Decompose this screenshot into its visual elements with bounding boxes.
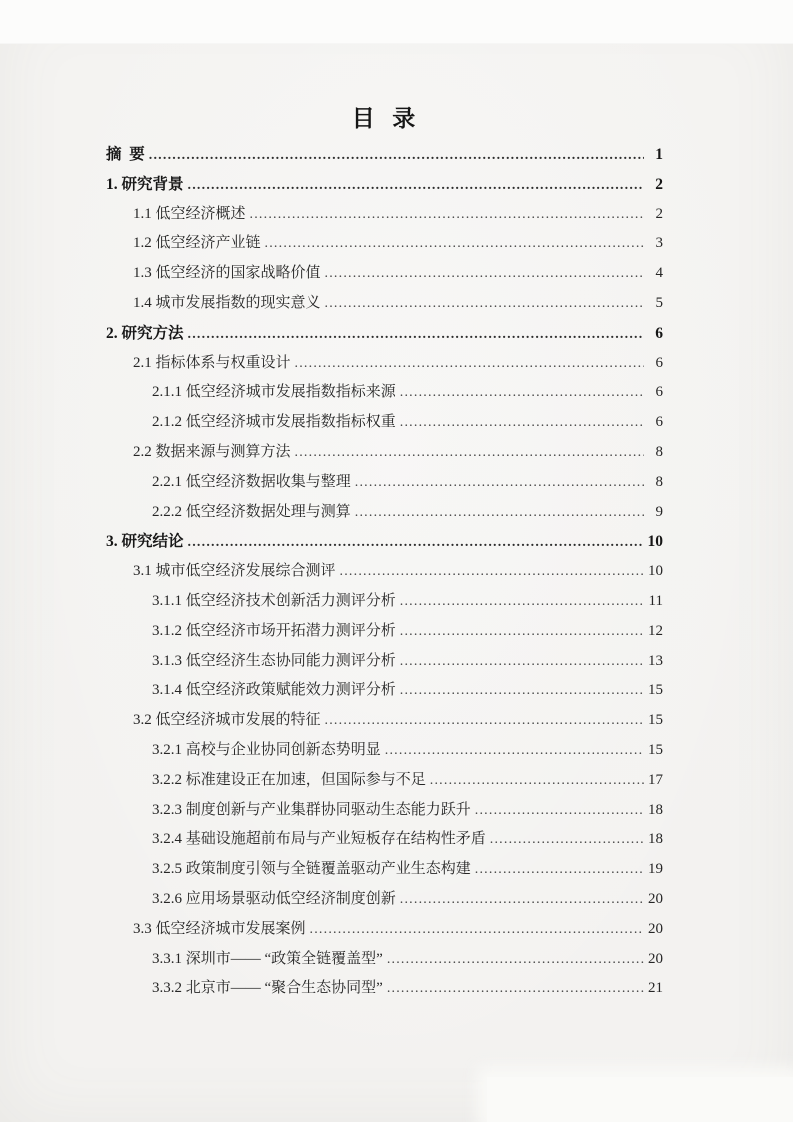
toc-entry: 3.2.4 基础设施超前布局与产业短板存在结构性矛盾18 <box>106 825 663 855</box>
toc-entry-label: 3. 研究结论 <box>106 527 184 557</box>
toc-entry: 1.1 低空经济概述2 <box>106 200 663 230</box>
toc-entry-label: 2.1.2 低空经济城市发展指数指标权重 <box>152 408 396 438</box>
toc-page-number: 15 <box>647 706 663 736</box>
toc-page-number: 6 <box>647 319 663 349</box>
toc-entry-label: 1. 研究背景 <box>106 170 184 200</box>
dot-leader <box>400 885 644 915</box>
toc-page-number: 19 <box>647 855 663 885</box>
dot-leader <box>325 706 644 736</box>
dot-leader <box>400 587 644 617</box>
toc-entry: 3.1 城市低空经济发展综合测评10 <box>106 557 663 587</box>
dot-leader <box>475 855 644 885</box>
toc-page-number: 21 <box>647 974 663 1004</box>
dot-leader <box>188 171 644 201</box>
page-title: 目 录 <box>106 100 663 133</box>
toc-entry: 3.1.3 低空经济生态协同能力测评分析13 <box>106 647 663 677</box>
toc-entry-label: 摘 要 <box>106 140 145 170</box>
dot-leader <box>310 915 644 945</box>
toc-entry: 1. 研究背景2 <box>106 170 663 200</box>
toc-entry-label: 2. 研究方法 <box>106 319 184 349</box>
toc-entry-label: 3.1 城市低空经济发展综合测评 <box>133 557 336 587</box>
dot-leader <box>265 229 644 259</box>
dot-leader <box>400 676 644 706</box>
toc-entry-label: 3.3.1 深圳市—— “政策全链覆盖型” <box>152 945 383 975</box>
toc-entry: 3.3 低空经济城市发展案例20 <box>106 915 663 945</box>
toc-page-number: 12 <box>647 617 663 647</box>
toc-entry-label: 2.2.2 低空经济数据处理与测算 <box>152 498 351 528</box>
toc-entry: 3. 研究结论10 <box>106 527 663 557</box>
toc-page-number: 15 <box>647 676 663 706</box>
dot-leader <box>400 647 644 677</box>
toc-entry: 2.1.2 低空经济城市发展指数指标权重6 <box>106 408 663 438</box>
dot-leader <box>385 736 644 766</box>
toc-page-number: 15 <box>647 736 663 766</box>
dot-leader <box>400 617 644 647</box>
toc-entry: 2.1 指标体系与权重设计6 <box>106 349 663 379</box>
toc-entry: 2. 研究方法6 <box>106 319 663 349</box>
scanned-toc-page: { "document": { "title": "目 录", "toc": [… <box>0 0 793 1122</box>
toc-page-number: 13 <box>647 647 663 677</box>
dot-leader <box>475 796 644 826</box>
dot-leader <box>295 438 644 468</box>
toc-entry: 2.2.2 低空经济数据处理与测算9 <box>106 498 663 528</box>
toc-entry: 3.3.2 北京市—— “聚合生态协同型”21 <box>106 974 663 1004</box>
toc-entry: 3.1.2 低空经济市场开拓潜力测评分析12 <box>106 617 663 647</box>
dot-leader <box>430 766 644 796</box>
dot-leader <box>355 468 644 498</box>
toc-entry-label: 3.3 低空经济城市发展案例 <box>133 915 306 945</box>
dot-leader <box>295 349 644 379</box>
toc-entry-label: 2.1 指标体系与权重设计 <box>133 349 291 379</box>
toc-entry: 2.2 数据来源与测算方法8 <box>106 438 663 468</box>
toc-entry-label: 3.2.5 政策制度引领与全链覆盖驱动产业生态构建 <box>152 855 471 885</box>
toc-entry: 3.2.5 政策制度引领与全链覆盖驱动产业生态构建19 <box>106 855 663 885</box>
toc-entry: 3.2.6 应用场景驱动低空经济制度创新20 <box>106 885 663 915</box>
toc-page-number: 2 <box>647 200 663 230</box>
dot-leader <box>387 974 644 1004</box>
dot-leader <box>387 945 644 975</box>
toc-entry-label: 1.3 低空经济的国家战略价值 <box>133 259 321 289</box>
toc-entry: 3.1.1 低空经济技术创新活力测评分析11 <box>106 587 663 617</box>
dot-leader <box>340 557 644 587</box>
toc-entry-label: 3.3.2 北京市—— “聚合生态协同型” <box>152 974 383 1004</box>
toc-page-number: 11 <box>647 587 663 617</box>
toc-page-number: 6 <box>647 408 663 438</box>
page-top-margin <box>0 0 793 44</box>
toc-entry: 3.1.4 低空经济政策赋能效力测评分析15 <box>106 676 663 706</box>
dot-leader <box>355 498 644 528</box>
toc-entry-label: 3.2.1 高校与企业协同创新态势明显 <box>152 736 381 766</box>
toc-entry-label: 1.1 低空经济概述 <box>133 200 246 230</box>
toc-list: 摘 要11. 研究背景21.1 低空经济概述21.2 低空经济产业链31.3 低… <box>106 140 663 1004</box>
dot-leader <box>325 259 644 289</box>
toc-page-number: 3 <box>647 229 663 259</box>
toc-page-number: 8 <box>647 468 663 498</box>
toc-page-number: 6 <box>647 349 663 379</box>
dot-leader <box>149 141 644 171</box>
toc-entry-label: 2.2.1 低空经济数据收集与整理 <box>152 468 351 498</box>
toc-entry-label: 1.4 城市发展指数的现实意义 <box>133 289 321 319</box>
toc-page-number: 8 <box>647 438 663 468</box>
toc-page-number: 17 <box>647 766 663 796</box>
dot-leader <box>400 378 644 408</box>
dot-leader <box>325 289 644 319</box>
scan-artifact-patch <box>487 1077 793 1122</box>
toc-page-number: 20 <box>647 885 663 915</box>
toc-entry-label: 3.1.2 低空经济市场开拓潜力测评分析 <box>152 617 396 647</box>
dot-leader <box>250 200 644 230</box>
toc-entry-label: 2.2 数据来源与测算方法 <box>133 438 291 468</box>
toc-entry-label: 2.1.1 低空经济城市发展指数指标来源 <box>152 378 396 408</box>
toc-entry: 3.2 低空经济城市发展的特征15 <box>106 706 663 736</box>
toc-entry-label: 3.2.2 标准建设正在加速，但国际参与不足 <box>152 766 426 796</box>
toc-entry: 摘 要1 <box>106 140 663 170</box>
toc-entry: 2.1.1 低空经济城市发展指数指标来源6 <box>106 378 663 408</box>
toc-entry-label: 3.2.4 基础设施超前布局与产业短板存在结构性矛盾 <box>152 825 486 855</box>
toc-entry: 3.2.3 制度创新与产业集群协同驱动生态能力跃升18 <box>106 796 663 826</box>
toc-page-number: 10 <box>647 527 663 557</box>
toc-page-number: 5 <box>647 289 663 319</box>
dot-leader <box>188 320 644 350</box>
toc-entry: 3.2.1 高校与企业协同创新态势明显15 <box>106 736 663 766</box>
toc-entry-label: 3.1.4 低空经济政策赋能效力测评分析 <box>152 676 396 706</box>
toc-entry: 3.2.2 标准建设正在加速，但国际参与不足17 <box>106 766 663 796</box>
toc-page-number: 20 <box>647 915 663 945</box>
dot-leader <box>188 528 644 558</box>
toc-entry-label: 3.2 低空经济城市发展的特征 <box>133 706 321 736</box>
toc-entry-label: 3.1.3 低空经济生态协同能力测评分析 <box>152 647 396 677</box>
toc-page-number: 2 <box>647 170 663 200</box>
toc-page-number: 6 <box>647 378 663 408</box>
toc-page-number: 18 <box>647 796 663 826</box>
toc-entry: 1.4 城市发展指数的现实意义5 <box>106 289 663 319</box>
toc-page-number: 18 <box>647 825 663 855</box>
toc-page-number: 9 <box>647 498 663 528</box>
toc-page-number: 1 <box>647 140 663 170</box>
dot-leader <box>490 825 644 855</box>
dot-leader <box>400 408 644 438</box>
toc-page-number: 20 <box>647 945 663 975</box>
toc-entry-label: 3.1.1 低空经济技术创新活力测评分析 <box>152 587 396 617</box>
toc-page-number: 4 <box>647 259 663 289</box>
toc-page-number: 10 <box>647 557 663 587</box>
toc-entry-label: 1.2 低空经济产业链 <box>133 229 261 259</box>
toc-entry-label: 3.2.6 应用场景驱动低空经济制度创新 <box>152 885 396 915</box>
toc-entry: 3.3.1 深圳市—— “政策全链覆盖型”20 <box>106 945 663 975</box>
toc-entry: 2.2.1 低空经济数据收集与整理8 <box>106 468 663 498</box>
toc-entry: 1.3 低空经济的国家战略价值4 <box>106 259 663 289</box>
toc-entry: 1.2 低空经济产业链3 <box>106 229 663 259</box>
toc-entry-label: 3.2.3 制度创新与产业集群协同驱动生态能力跃升 <box>152 796 471 826</box>
